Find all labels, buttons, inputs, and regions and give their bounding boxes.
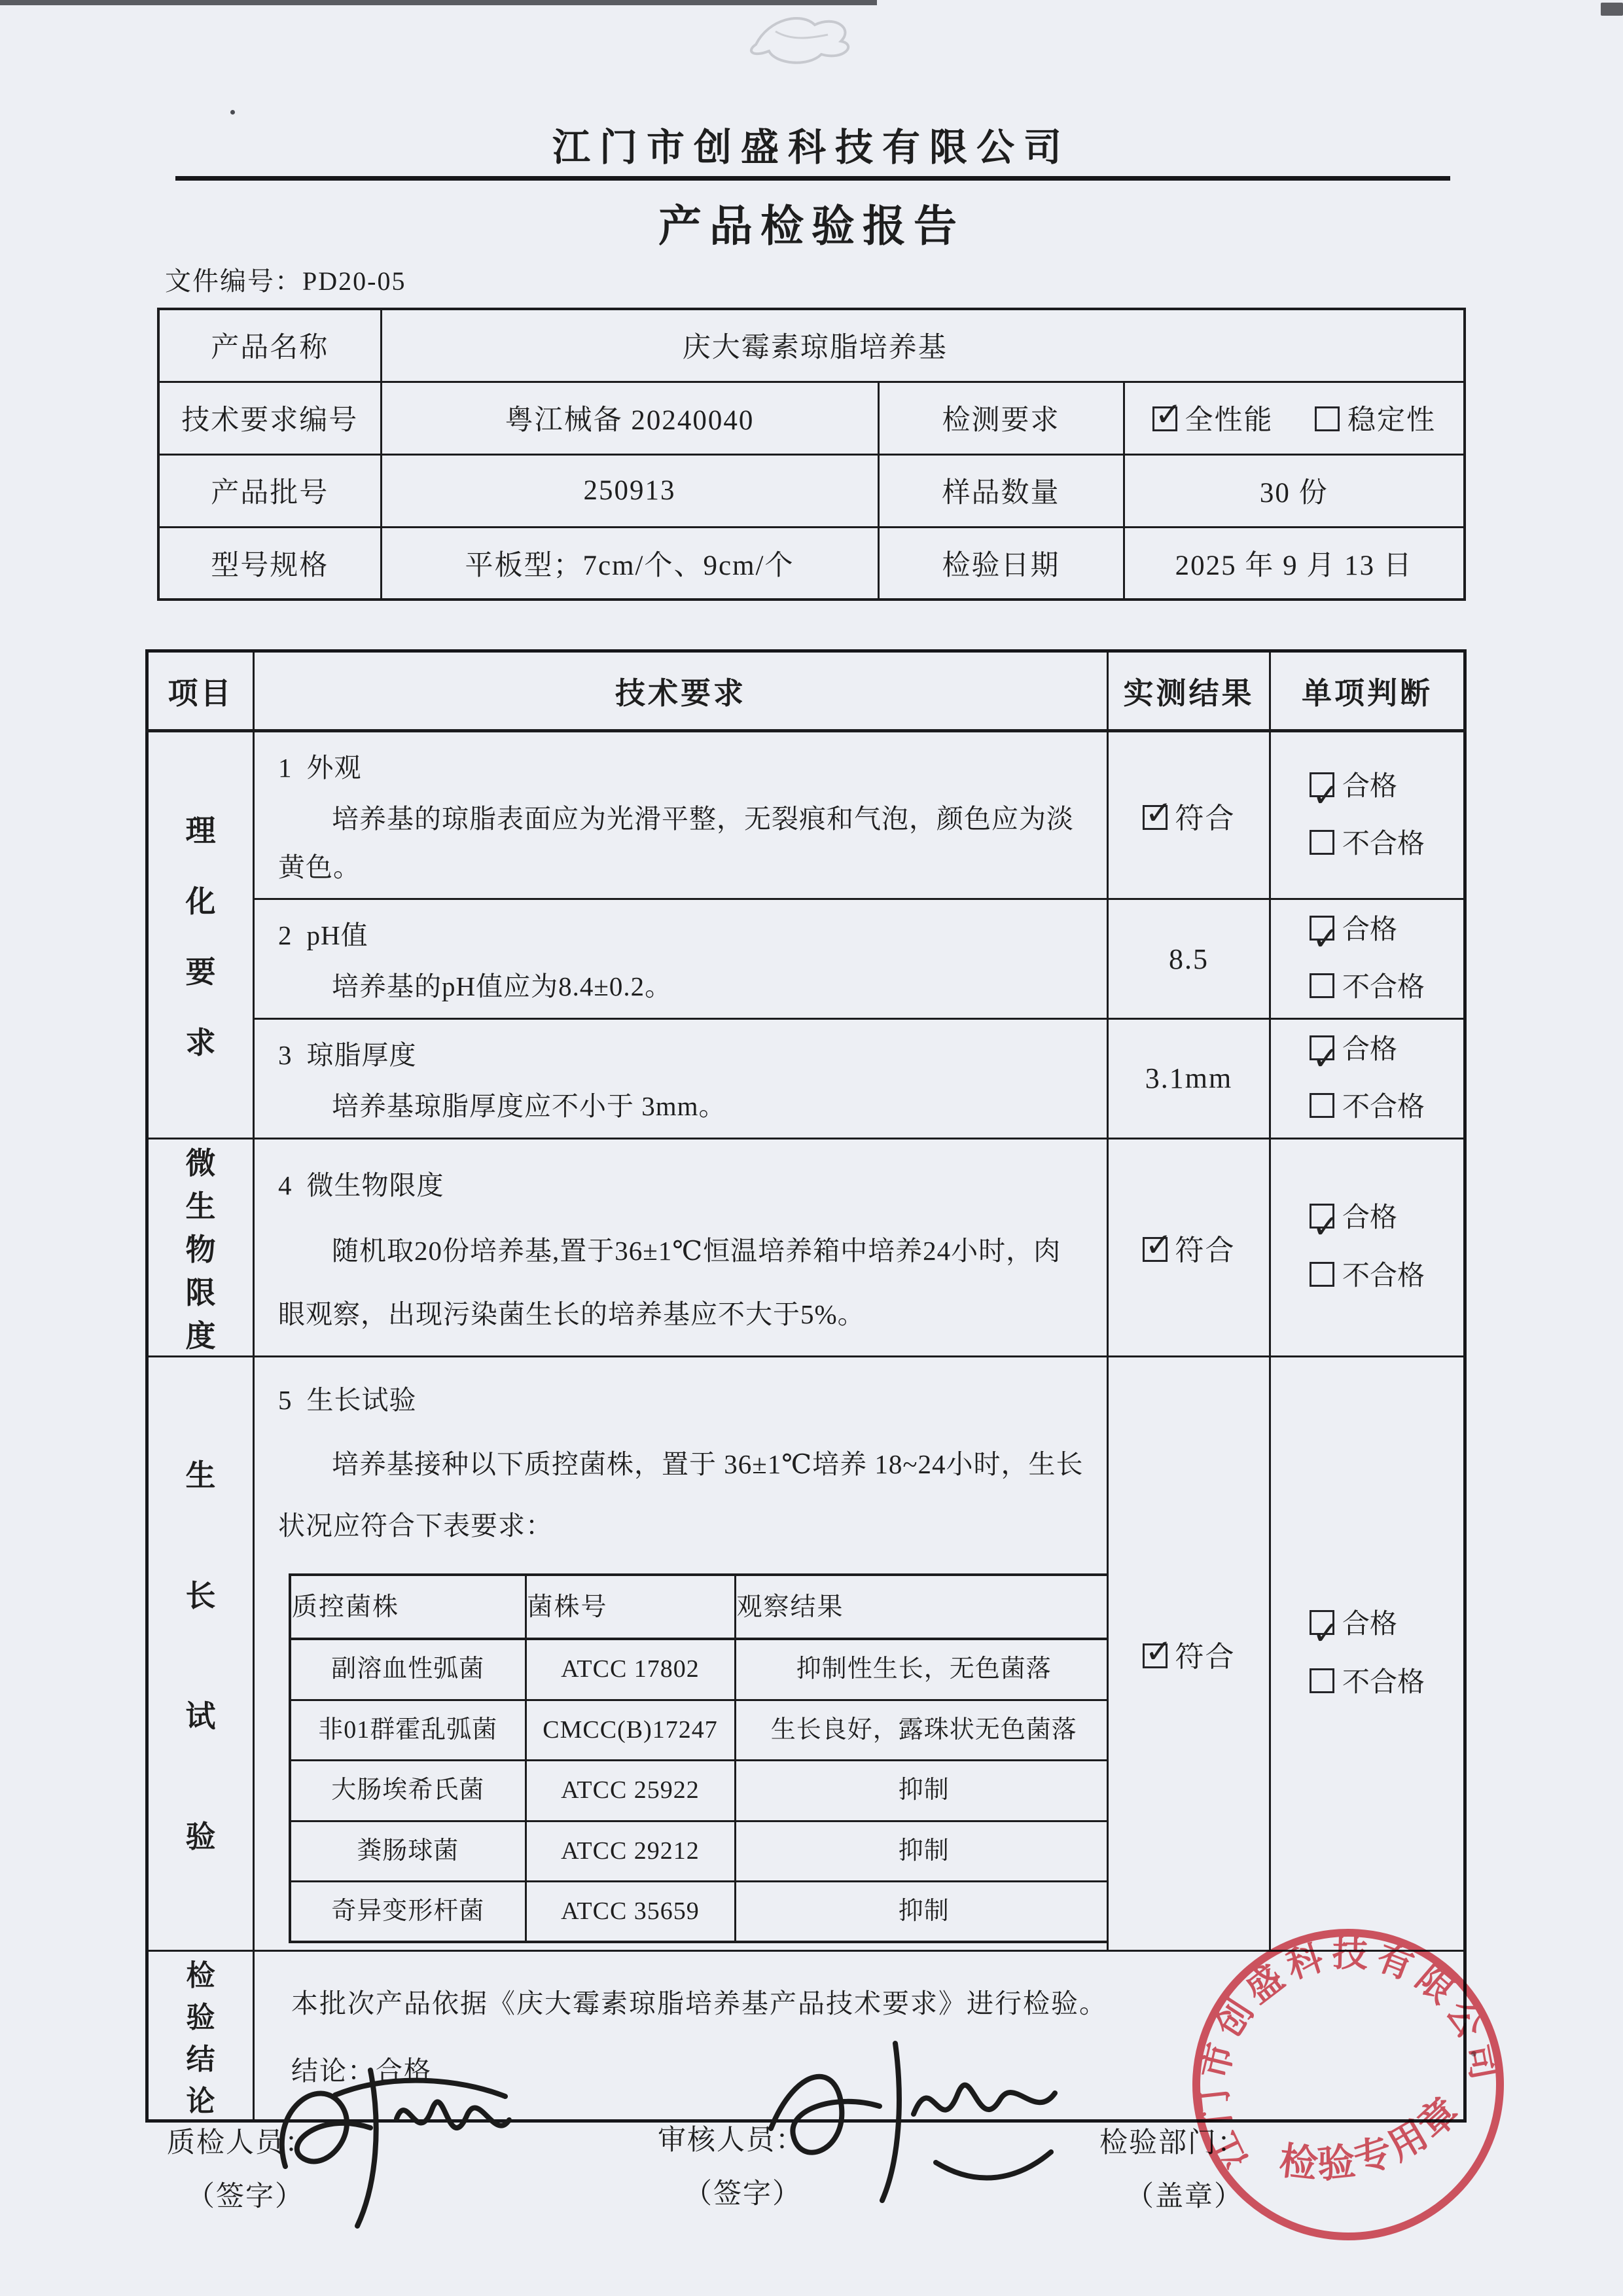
checkbox-unchecked-icon [1310,830,1334,855]
subtable-row: 粪肠球菌 ATCC 29212 抑制 [290,1821,1108,1881]
page-title: 产品检验报告 [0,191,1623,253]
info-row-batch: 产品批号 250913 样品数量 30 份 [158,454,1465,527]
strain-name: 奇异变形杆菌 [290,1882,526,1943]
info-row-model: 型号规格 平板型；7cm/个、9cm/个 检验日期 2025 年 9 月 13 … [158,527,1465,600]
micro-title: 微生物限度 [307,1170,444,1200]
strain-name: 副溶血性弧菌 [290,1639,526,1700]
inspection-stamp: 江门市创盛科技有限公司 检验专用章 [1185,1921,1512,2248]
ph-no: 2 [278,920,293,950]
tech-req-no-label: 技术要求编号 [158,382,381,454]
agar-judgement: 合格 不合格 [1270,1018,1465,1138]
stamp-ring-text: 江门市创盛科技有限公司 [1185,1921,1510,2177]
agar-requirement: 3琼脂厚度 培养基琼脂厚度应不小于 3mm。 [254,1018,1108,1138]
appearance-body: 培养基的琼脂表面应为光滑平整，无裂痕和气泡，颜色应为淡黄色。 [278,795,1084,892]
checkbox-unchecked-icon [1310,1093,1334,1118]
judge-fail-label: 不合格 [1342,829,1425,859]
checkbox-checked-icon [1310,1610,1334,1635]
checkbox-checked-icon [1143,1237,1168,1262]
group-conclusion-label: 检验结论 [149,1952,253,2119]
strain-observation: 抑制 [735,1882,1108,1943]
ph-title: pH值 [307,920,368,950]
strain-observation: 抑制 [735,1821,1108,1881]
test-date-label: 检验日期 [878,527,1124,600]
subtable-row: 奇异变形杆菌 ATCC 35659 抑制 [290,1882,1108,1943]
growth-no: 5 [278,1385,293,1415]
batch-label: 产品批号 [158,454,381,527]
scan-corner-artifact [1601,3,1623,16]
group-physchem-label: 理化要求 [149,807,253,1062]
agar-result: 3.1mm [1108,1018,1270,1138]
checkbox-unchecked-icon [1310,973,1334,998]
report-page: 江门市创盛科技有限公司 产品检验报告 文件编号：PD20-05 产品名称 庆大霉… [0,0,1623,2296]
svg-text:检验专用章: 检验专用章 [1265,2083,1476,2207]
sample-qty-label: 样品数量 [878,454,1124,527]
product-name-label: 产品名称 [158,309,381,382]
col-header-item: 项目 [147,651,254,731]
agar-result-text: 3.1mm [1145,1062,1232,1094]
subtable-row: 大肠埃希氏菌 ATCC 25922 抑制 [290,1761,1108,1821]
strain-number: ATCC 35659 [526,1882,735,1943]
inspection-header-row: 项目 技术要求 实测结果 单项判断 [147,651,1465,731]
growth-subtable: 质控菌株 菌株号 观察结果 副溶血性弧菌 ATCC 17802 抑制性生长，无色… [289,1573,1108,1943]
header-divider [175,176,1450,181]
test-req-label: 检测要求 [878,382,1124,454]
row-growth: 生长试验 5生长试验 培养基接种以下质控菌株，置于 36±1℃培养 18~24小… [147,1356,1465,1951]
info-row-product-name: 产品名称 庆大霉素琼脂培养基 [158,309,1465,382]
appearance-judgement: 合格 不合格 [1270,731,1465,899]
col-header-requirement: 技术要求 [254,651,1108,731]
scan-smudge [730,5,880,71]
ph-body: 培养基的pH值应为8.4±0.2。 [278,963,1084,1011]
ph-judgement: 合格 不合格 [1270,899,1465,1019]
strain-observation: 抑制性生长，无色菌落 [735,1639,1108,1700]
judge-pass-label: 合格 [1342,1035,1397,1065]
row-micro: 微生物限度 4微生物限度 随机取20份培养基,置于36±1℃恒温培养箱中培养24… [147,1138,1465,1356]
subtable-row: 非01群霍乱弧菌 CMCC(B)17247 生长良好，露珠状无色菌落 [290,1700,1108,1760]
appearance-no: 1 [278,753,293,783]
info-row-tech-req-no: 技术要求编号 粤江械备 20240040 检测要求 全性能 稳定性 [158,382,1465,454]
subtable-header-strain: 质控菌株 [290,1575,526,1639]
row-agar: 3琼脂厚度 培养基琼脂厚度应不小于 3mm。 3.1mm 合格 不合格 [147,1018,1465,1138]
judge-pass-label: 合格 [1342,772,1397,802]
scan-speck [230,110,235,115]
batch-value: 250913 [381,454,878,527]
scan-edge-artifact [0,0,877,5]
subtable-header-strain-no: 菌株号 [526,1575,735,1639]
model-label: 型号规格 [158,527,381,600]
judge-fail-label: 不合格 [1342,1668,1425,1698]
judge-fail-label: 不合格 [1342,973,1425,1003]
option-full-performance: 全性能 [1185,405,1274,436]
strain-number: ATCC 29212 [526,1821,735,1881]
checkbox-checked-icon [1310,916,1334,941]
group-physchem: 理化要求 [147,731,254,1139]
info-table: 产品名称 庆大霉素琼脂培养基 技术要求编号 粤江械备 20240040 检测要求… [157,308,1466,601]
document-number-label: 文件编号： [165,266,302,296]
inspection-table: 项目 技术要求 实测结果 单项判断 理化要求 1外观 培养基的琼脂表面应为光滑平… [145,649,1467,2123]
appearance-requirement: 1外观 培养基的琼脂表面应为光滑平整，无裂痕和气泡，颜色应为淡黄色。 [254,731,1108,899]
strain-observation: 生长良好，露珠状无色菌落 [735,1700,1108,1760]
test-req-options: 全性能 稳定性 [1124,382,1465,454]
strain-number: ATCC 25922 [526,1761,735,1821]
subtable-row: 副溶血性弧菌 ATCC 17802 抑制性生长，无色菌落 [290,1639,1108,1700]
subtable-header-observation: 观察结果 [735,1575,1108,1639]
checkbox-checked-icon [1310,1204,1334,1229]
group-growth-label: 生长试验 [149,1452,253,1856]
model-value: 平板型；7cm/个、9cm/个 [381,527,878,600]
strain-name: 粪肠球菌 [290,1821,526,1881]
micro-result-text: 符合 [1175,1234,1236,1266]
checkbox-unchecked-icon [1310,1668,1334,1693]
company-name: 江门市创盛科技有限公司 [0,117,1623,171]
strain-name: 大肠埃希氏菌 [290,1761,526,1821]
checkbox-checked-icon [1143,1643,1168,1668]
signature-qc [242,2032,524,2235]
growth-result-text: 符合 [1175,1641,1236,1673]
group-micro-label: 微生物限度 [149,1139,253,1355]
strain-name: 非01群霍乱弧菌 [290,1700,526,1760]
strain-number: CMCC(B)17247 [526,1700,735,1760]
judge-pass-label: 合格 [1342,1609,1397,1640]
product-name-value: 庆大霉素琼脂培养基 [381,309,1465,382]
option-stability: 稳定性 [1347,405,1436,436]
test-date-value: 2025 年 9 月 13 日 [1124,527,1465,600]
micro-judgement: 合格 不合格 [1270,1138,1465,1356]
col-header-result: 实测结果 [1108,651,1270,731]
sample-qty-value: 30 份 [1124,454,1465,527]
growth-title: 生长试验 [307,1385,417,1415]
row-ph: 2pH值 培养基的pH值应为8.4±0.2。 8.5 合格 不合格 [147,899,1465,1019]
checkbox-unchecked-icon [1315,406,1340,431]
checkbox-checked-icon [1310,1035,1334,1060]
micro-no: 4 [278,1170,293,1200]
checkbox-checked-icon [1310,772,1334,797]
ph-result: 8.5 [1108,899,1270,1019]
document-number-value: PD20-05 [302,266,406,296]
judge-pass-label: 合格 [1342,1203,1397,1233]
row-appearance: 理化要求 1外观 培养基的琼脂表面应为光滑平整，无裂痕和气泡，颜色应为淡黄色。 … [147,731,1465,899]
growth-result: 符合 [1108,1356,1270,1951]
stamp-banner-text: 检验专用章 [1265,2083,1476,2207]
checkbox-checked-icon [1152,406,1177,431]
appearance-result-text: 符合 [1175,802,1236,834]
agar-body: 培养基琼脂厚度应不小于 3mm。 [278,1083,1084,1131]
agar-title: 琼脂厚度 [307,1040,417,1070]
appearance-result: 符合 [1108,731,1270,899]
col-header-judgement: 单项判断 [1270,651,1465,731]
ph-result-text: 8.5 [1169,943,1209,975]
group-conclusion: 检验结论 [147,1951,254,2121]
checkbox-checked-icon [1143,805,1168,830]
growth-requirement: 5生长试验 培养基接种以下质控菌株，置于 36±1℃培养 18~24小时，生长状… [254,1356,1108,1951]
micro-result: 符合 [1108,1138,1270,1356]
strain-observation: 抑制 [735,1761,1108,1821]
micro-body: 随机取20份培养基,置于36±1℃恒温培养箱中培养24小时，肉眼观察，出现污染菌… [278,1219,1084,1346]
micro-requirement: 4微生物限度 随机取20份培养基,置于36±1℃恒温培养箱中培养24小时，肉眼观… [254,1138,1108,1356]
strain-number: ATCC 17802 [526,1639,735,1700]
ph-requirement: 2pH值 培养基的pH值应为8.4±0.2。 [254,899,1108,1019]
judge-fail-label: 不合格 [1342,1092,1425,1122]
growth-body: 培养基接种以下质控菌株，置于 36±1℃培养 18~24小时，生长状况应符合下表… [278,1433,1084,1557]
agar-no: 3 [278,1040,293,1070]
signature-audit [740,2016,1067,2212]
svg-text:江门市创盛科技有限公司: 江门市创盛科技有限公司 [1185,1921,1510,2177]
group-growth: 生长试验 [147,1356,254,1951]
growth-judgement: 合格 不合格 [1270,1356,1465,1951]
subtable-header-row: 质控菌株 菌株号 观察结果 [290,1575,1108,1639]
checkbox-unchecked-icon [1310,1262,1334,1287]
appearance-title: 外观 [307,753,362,783]
judge-fail-label: 不合格 [1342,1261,1425,1291]
group-micro: 微生物限度 [147,1138,254,1356]
document-number: 文件编号：PD20-05 [165,260,406,298]
judge-pass-label: 合格 [1342,915,1397,945]
tech-req-no-value: 粤江械备 20240040 [381,382,878,454]
